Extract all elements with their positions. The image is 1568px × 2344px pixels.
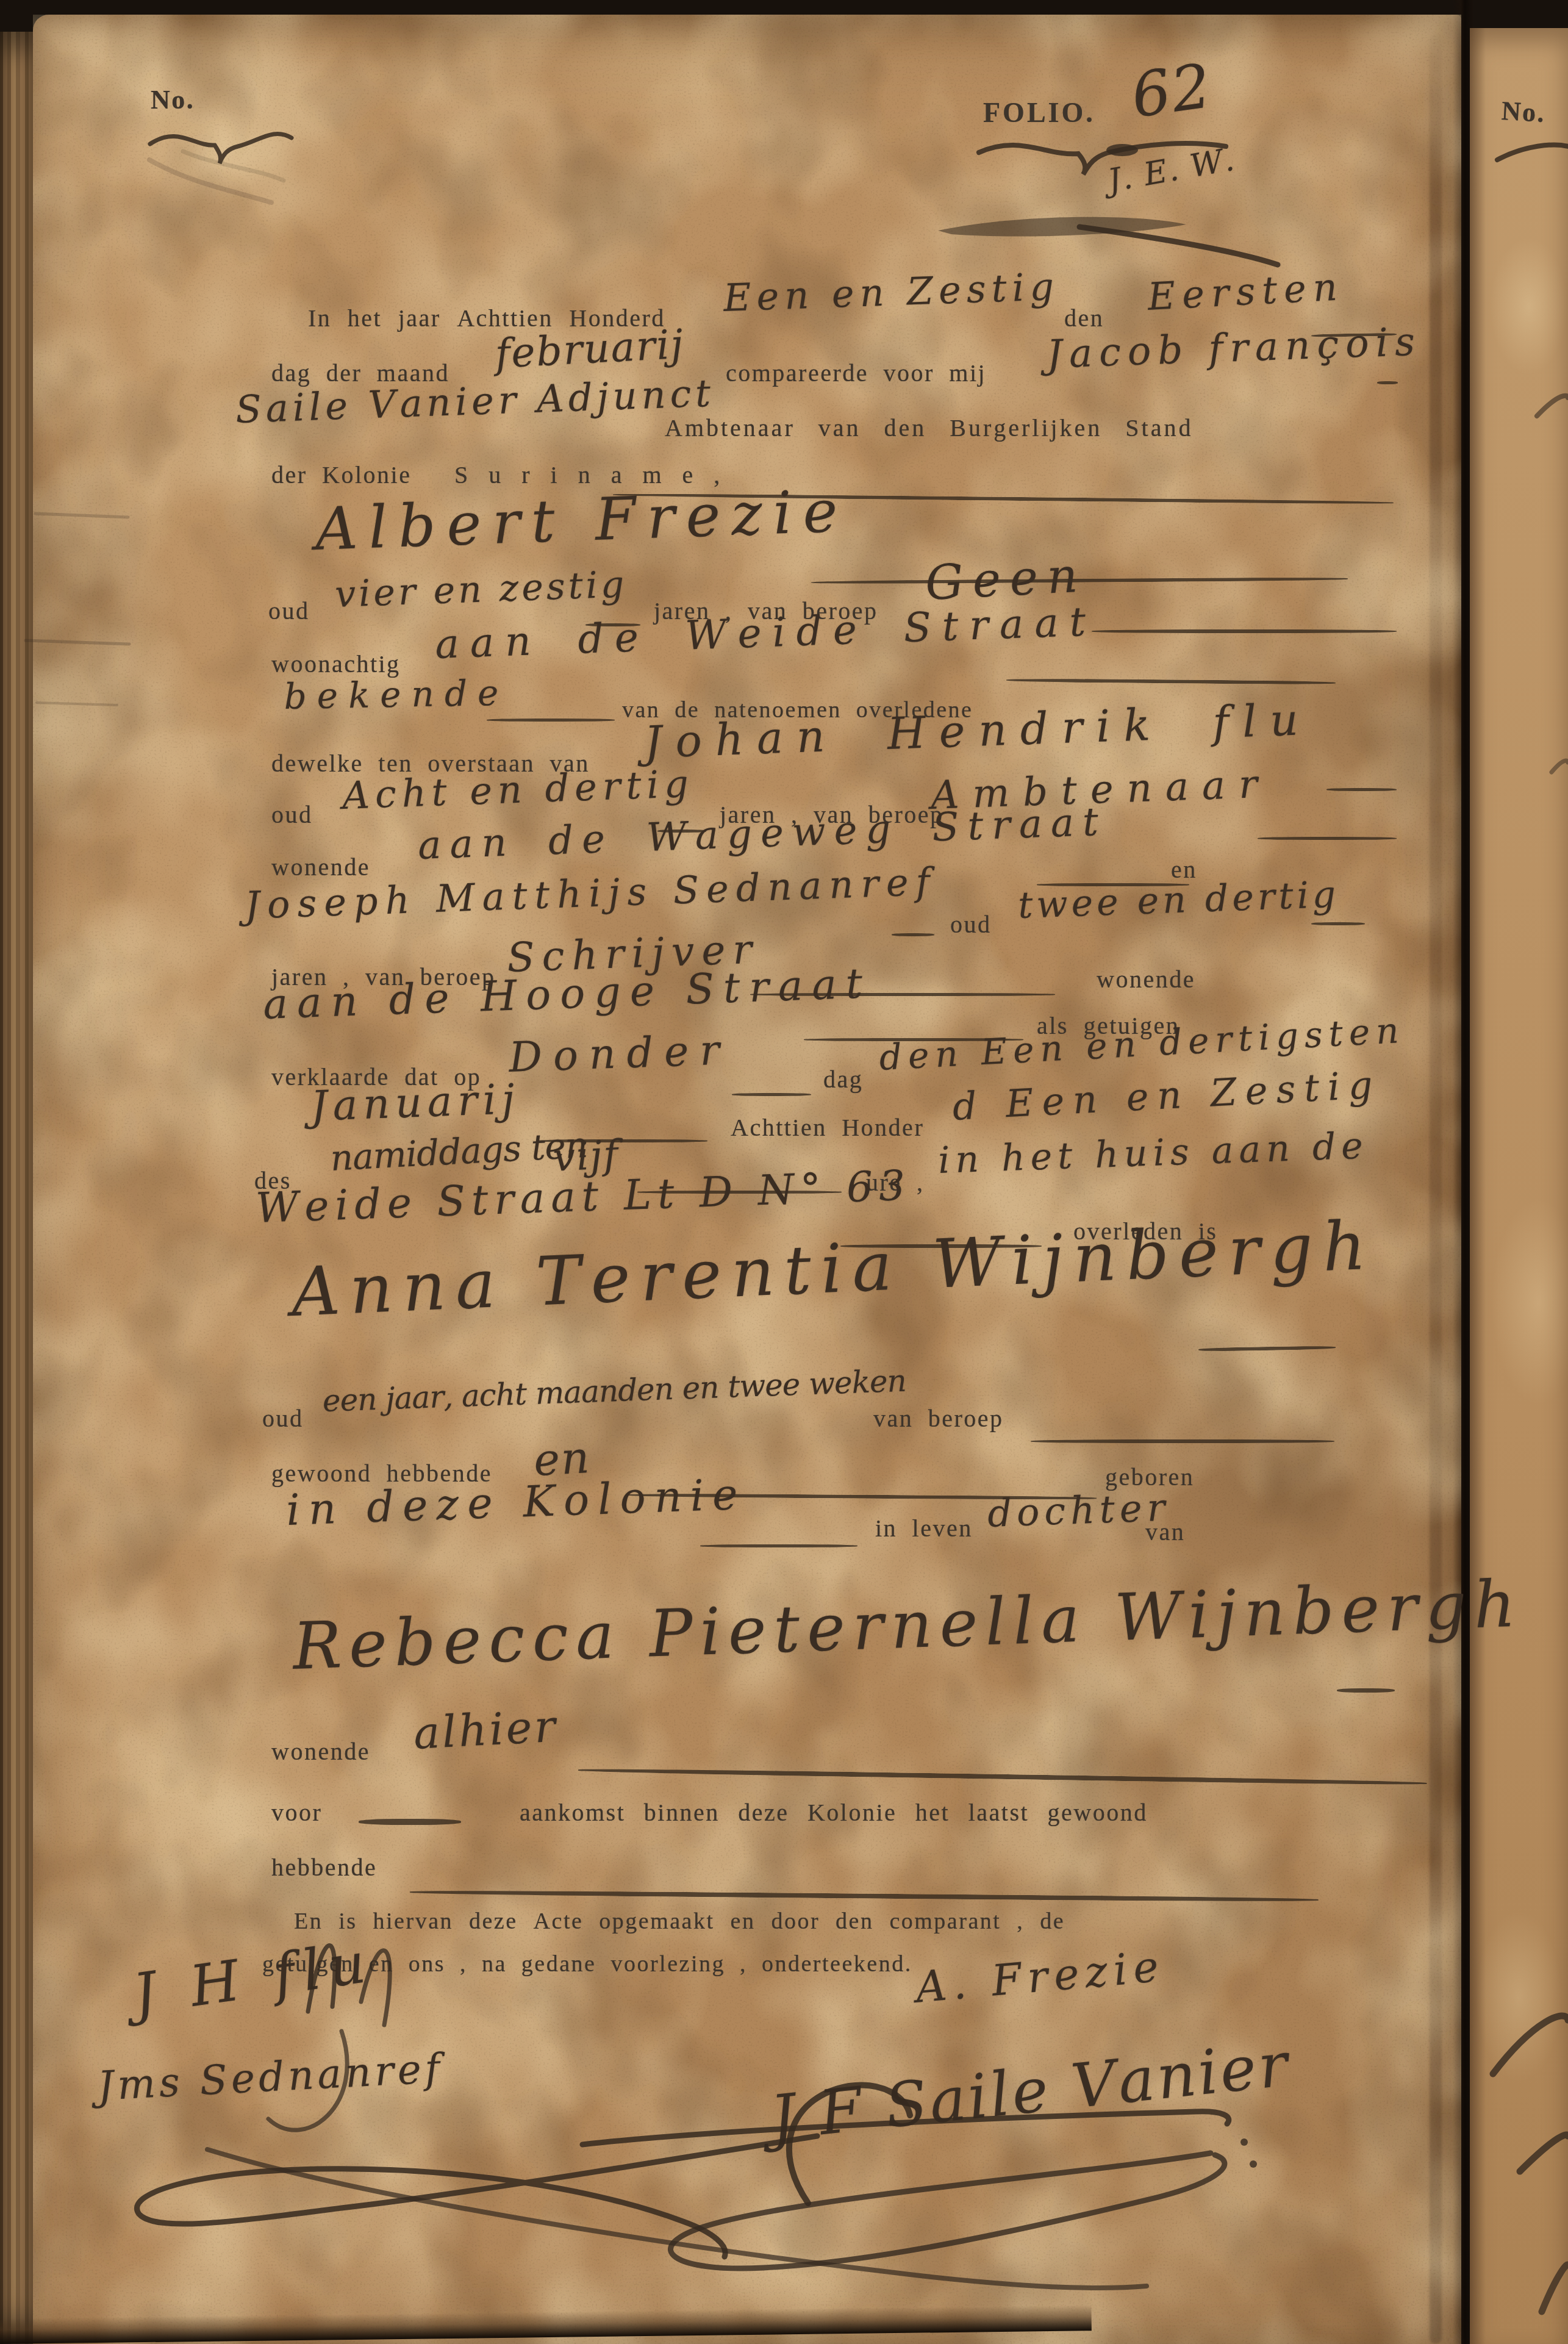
ink-rule <box>1092 629 1397 633</box>
printed-hebbende: hebbende <box>271 1853 377 1882</box>
fold-stain-line <box>1430 34 1442 2344</box>
ink-rule <box>1377 381 1398 384</box>
printed-van-beroep: van beroep <box>873 1404 1004 1433</box>
printed-oud: oud <box>271 800 313 829</box>
printed-oud: oud <box>268 597 310 625</box>
printed-registrar-title: Ambtenaar van den Burgerlijken Stand <box>665 414 1193 442</box>
printed-aankomst: aankomst binnen deze Kolonie het laatst … <box>520 1798 1148 1827</box>
printed-wonende: wonende <box>271 853 370 881</box>
printed-den: den <box>1064 304 1104 332</box>
hand-alhier: alhier <box>412 1701 559 1759</box>
death-weekday: Donder <box>508 1026 731 1082</box>
hand-bekende: bekende <box>284 672 509 717</box>
book-spine-page-edges <box>0 32 34 2344</box>
scanned-register-page: No. FOLIO. 62 J. E. W. No. In het jaar A… <box>0 0 1568 2344</box>
ink-rule <box>892 933 934 936</box>
ink-rule <box>1031 1439 1334 1443</box>
ink-rule <box>700 1544 857 1547</box>
ink-rule <box>1326 788 1397 791</box>
printed-voor: voor <box>271 1798 322 1827</box>
printed-achttien-honderd: Achttien Honder <box>731 1113 924 1142</box>
printed-wonende: wonende <box>271 1737 370 1766</box>
ink-rule <box>487 719 615 722</box>
folio-label: FOLIO. <box>983 96 1095 129</box>
printed-kolonie-prefix: der Kolonie <box>271 461 411 489</box>
folio-number: 62 <box>1127 50 1216 132</box>
ink-rule <box>1258 837 1397 840</box>
next-page-strip <box>1470 28 1568 2344</box>
printed-compareerde: compareerde voor mij <box>726 359 986 387</box>
no-label: No. <box>151 84 195 115</box>
printed-closing-1: En is hiervan deze Acte opgemaakt en doo… <box>294 1908 1065 1935</box>
ink-rule <box>1311 922 1365 925</box>
printed-in-leven: in leven <box>875 1514 973 1543</box>
ink-rule <box>1337 1688 1395 1693</box>
printed-oud: oud <box>262 1404 304 1433</box>
printed-wonende: wonende <box>1097 965 1195 994</box>
printed-dag: dag <box>823 1065 863 1094</box>
next-page-no-label: No. <box>1501 95 1547 129</box>
printed-oud: oud <box>950 910 992 939</box>
ink-rule <box>359 1819 461 1825</box>
hand-dochter: dochter <box>987 1485 1170 1536</box>
death-month: Januarij <box>310 1075 521 1131</box>
ink-rule <box>732 1093 811 1096</box>
printed-van: van <box>1145 1518 1185 1546</box>
month-handwritten: februarij <box>494 321 686 378</box>
